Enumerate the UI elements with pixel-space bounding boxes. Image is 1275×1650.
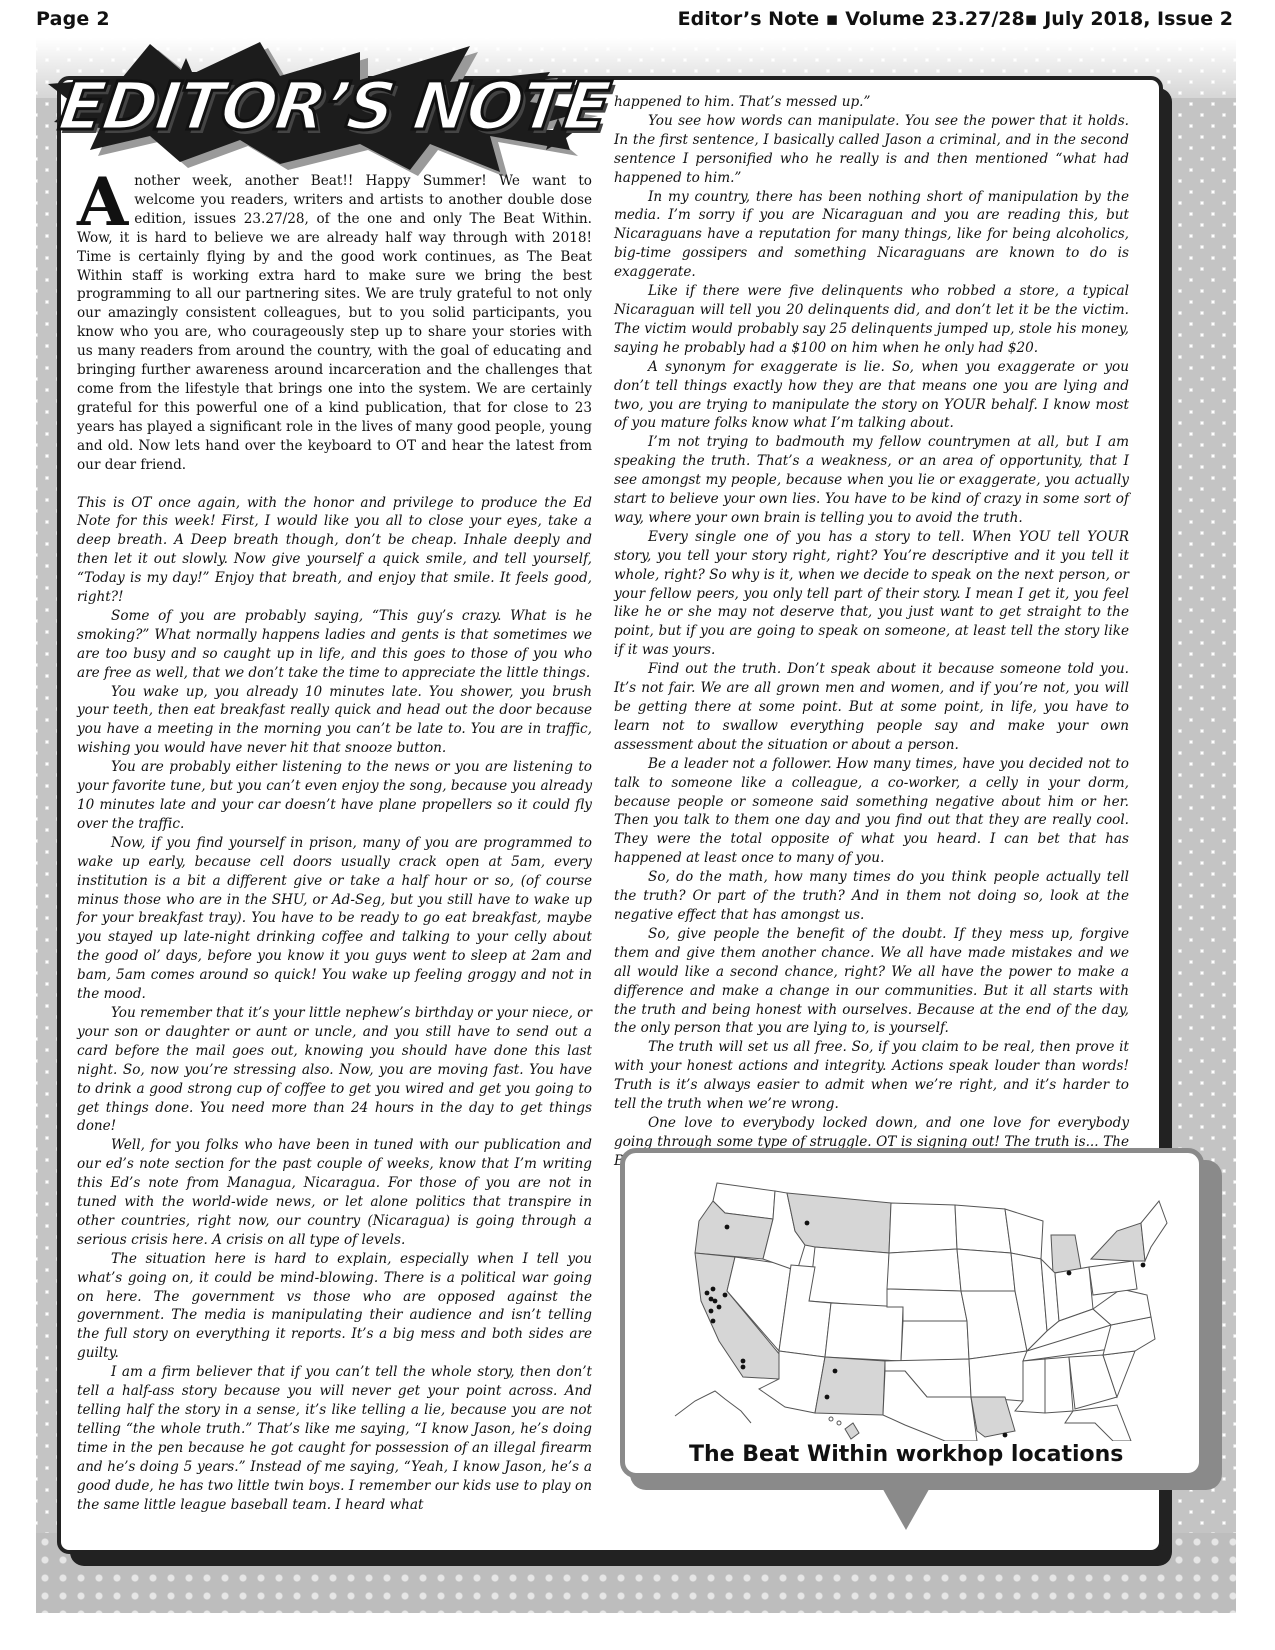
body-paragraph: Every single one of you has a story to t… xyxy=(614,528,1129,660)
continuation-line: happened to him. That’s messed up.” xyxy=(614,93,1129,112)
body-paragraph: A synonym for exaggerate is lie. So, whe… xyxy=(614,358,1129,434)
body-paragraph: Well, for you folks who have been in tun… xyxy=(77,1136,592,1249)
running-header: Editor’s Note ▪ Volume 23.27/28▪ July 20… xyxy=(678,8,1233,30)
us-map-icon xyxy=(655,1161,1175,1441)
body-paragraph: You remember that it’s your little nephe… xyxy=(77,1004,592,1136)
left-column: Another week, another Beat!! Happy Summe… xyxy=(77,172,592,1514)
body-paragraph: In my country, there has been nothing sh… xyxy=(614,188,1129,283)
body-paragraph: You are probably either listening to the… xyxy=(77,758,592,834)
page-number: Page 2 xyxy=(36,8,110,30)
body-paragraph: Find out the truth. Don’t speak about it… xyxy=(614,660,1129,755)
page-title: EDITOR’S NOTE xyxy=(55,68,613,145)
body-paragraph: So, give people the benefit of the doubt… xyxy=(614,925,1129,1038)
body-paragraph: You wake up, you already 10 minutes late… xyxy=(77,683,592,759)
right-column: happened to him. That’s messed up.” You … xyxy=(614,93,1129,1171)
drop-cap: A xyxy=(77,176,128,228)
body-paragraph: Some of you are probably saying, “This g… xyxy=(77,607,592,683)
map-caption: The Beat Within workhop locations xyxy=(689,1442,1123,1467)
body-paragraph: Now, if you find yourself in prison, man… xyxy=(77,834,592,1004)
body-paragraph: The truth will set us all free. So, if y… xyxy=(614,1038,1129,1114)
body-paragraph: Be a leader not a follower. How many tim… xyxy=(614,755,1129,868)
body-paragraph: You see how words can manipulate. You se… xyxy=(614,112,1129,188)
body-paragraph: Like if there were five delinquents who … xyxy=(614,282,1129,358)
intro-paragraph: Another week, another Beat!! Happy Summe… xyxy=(77,172,592,475)
body-paragraph: This is OT once again, with the honor an… xyxy=(77,494,592,607)
callout-tail xyxy=(880,1484,932,1530)
body-paragraph: I am a firm believer that if you can’t t… xyxy=(77,1363,592,1514)
body-paragraph: So, do the math, how many times do you t… xyxy=(614,868,1129,925)
workshop-map-callout: The Beat Within workhop locations xyxy=(620,1148,1204,1478)
body-paragraph: The situation here is hard to explain, e… xyxy=(77,1250,592,1363)
title-banner: EDITOR’S NOTE xyxy=(38,38,598,178)
body-paragraph: I’m not trying to badmouth my fellow cou… xyxy=(614,433,1129,528)
